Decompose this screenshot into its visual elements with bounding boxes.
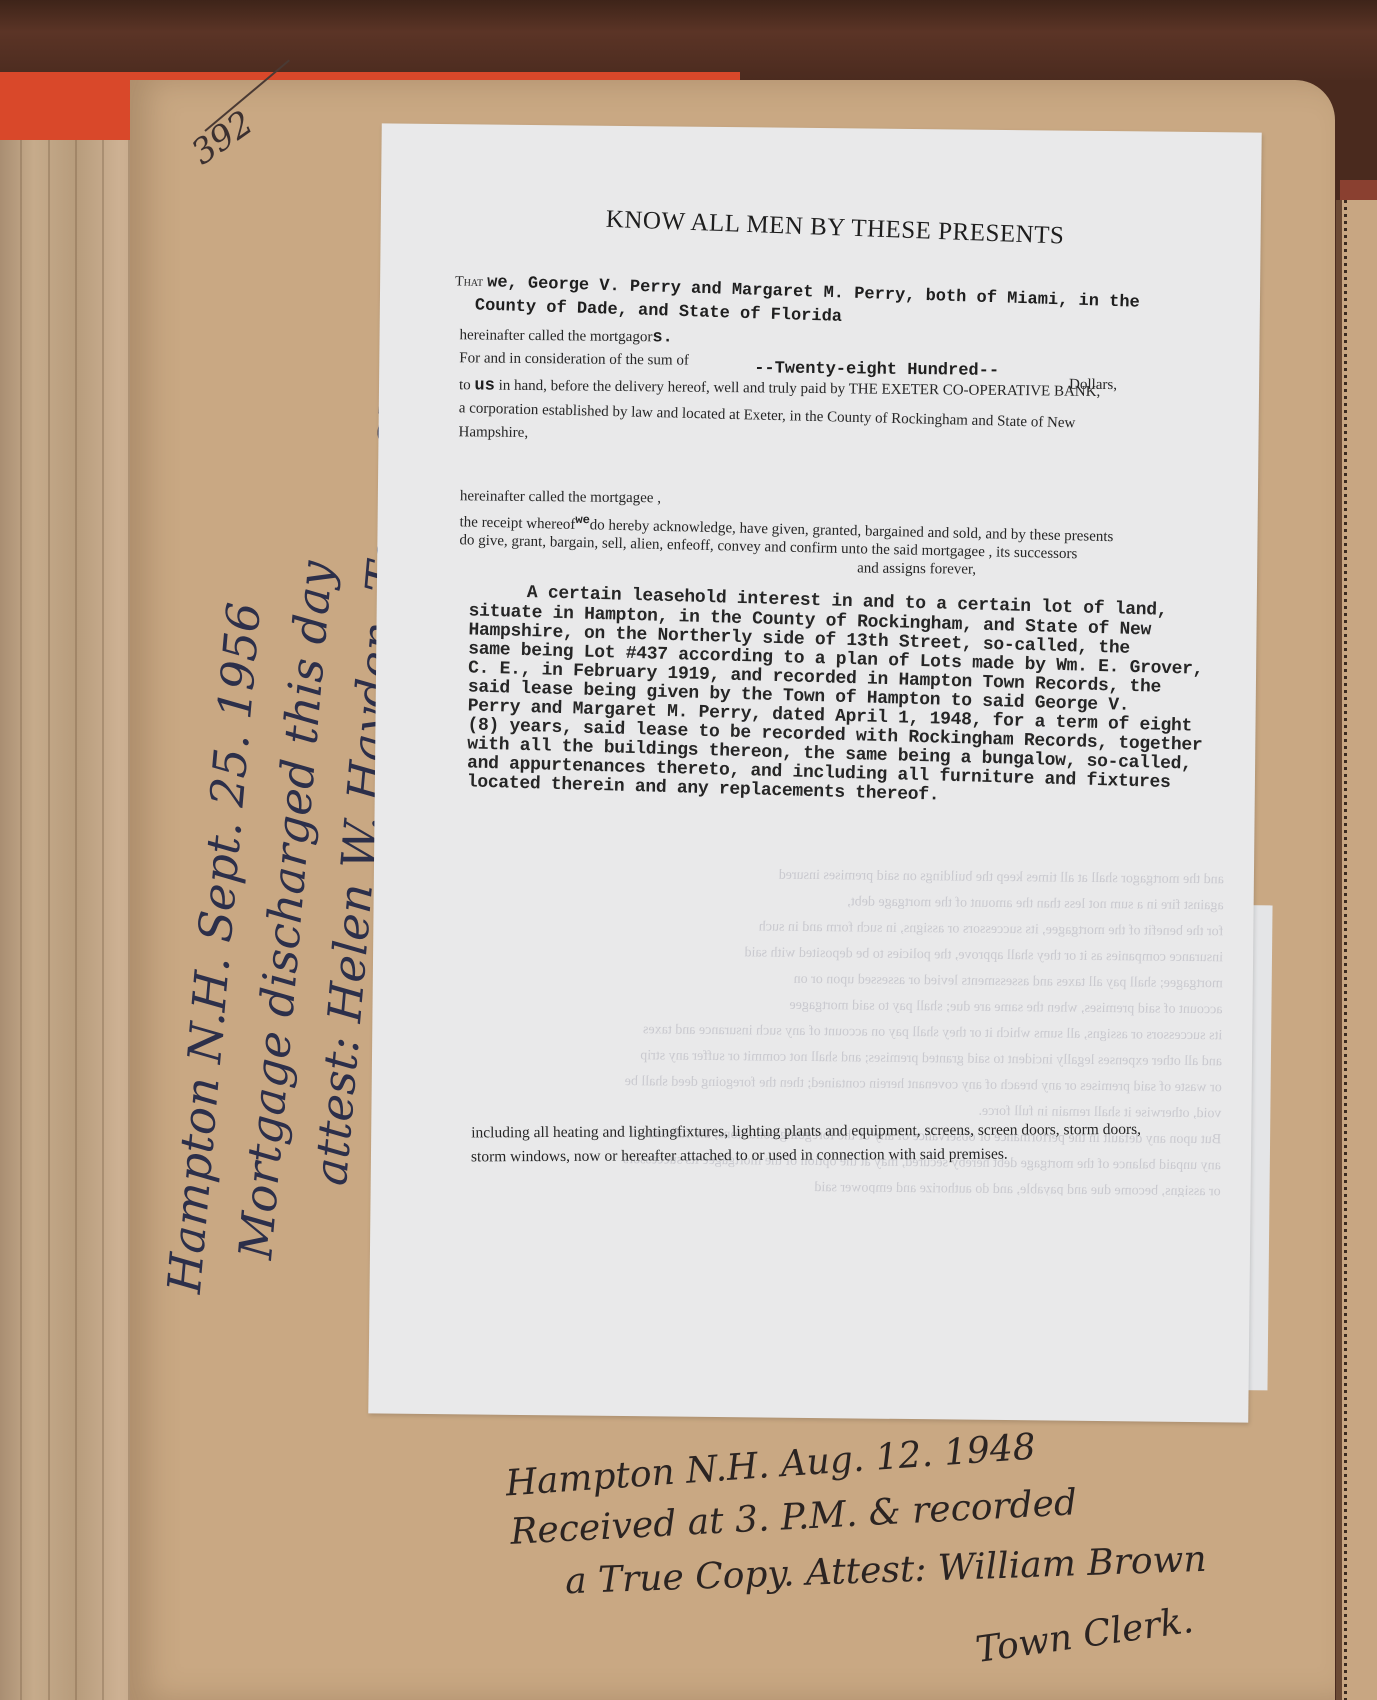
recording-note-line: Town Clerk. — [973, 1600, 1196, 1671]
mortgagee-line: hereinafter called the mortgagee , — [460, 488, 661, 507]
facing-page-edge — [1336, 200, 1377, 1700]
assigns-line: and assigns forever, — [857, 560, 976, 578]
consideration-line: For and in consideration of the sum of — [459, 350, 689, 369]
paid-line: to us in hand, before the delivery hereo… — [459, 376, 1100, 402]
recording-note: Hampton N.H. Aug. 12. 1948 Received at 3… — [505, 1445, 1305, 1695]
fixtures-line-1: including all heating and lightingfixtur… — [471, 1121, 1141, 1143]
recording-note-line: a True Copy. Attest: William Brown — [564, 1539, 1207, 1602]
sum-amount: --Twenty-eight Hundred-- — [754, 359, 999, 381]
mortgage-deed-sheet: KNOW ALL MEN BY THESE PRESENTS and the m… — [368, 123, 1261, 1422]
mortgagor-line: hereinafter called the mortgagors. — [459, 326, 672, 347]
fixtures-line-2: storm windows, now or hereafter attached… — [471, 1146, 1008, 1167]
state-line: Hampshire, — [458, 424, 528, 442]
corporation-line: a corporation established by law and loc… — [459, 400, 1076, 432]
wooden-table-surface — [0, 0, 1377, 80]
